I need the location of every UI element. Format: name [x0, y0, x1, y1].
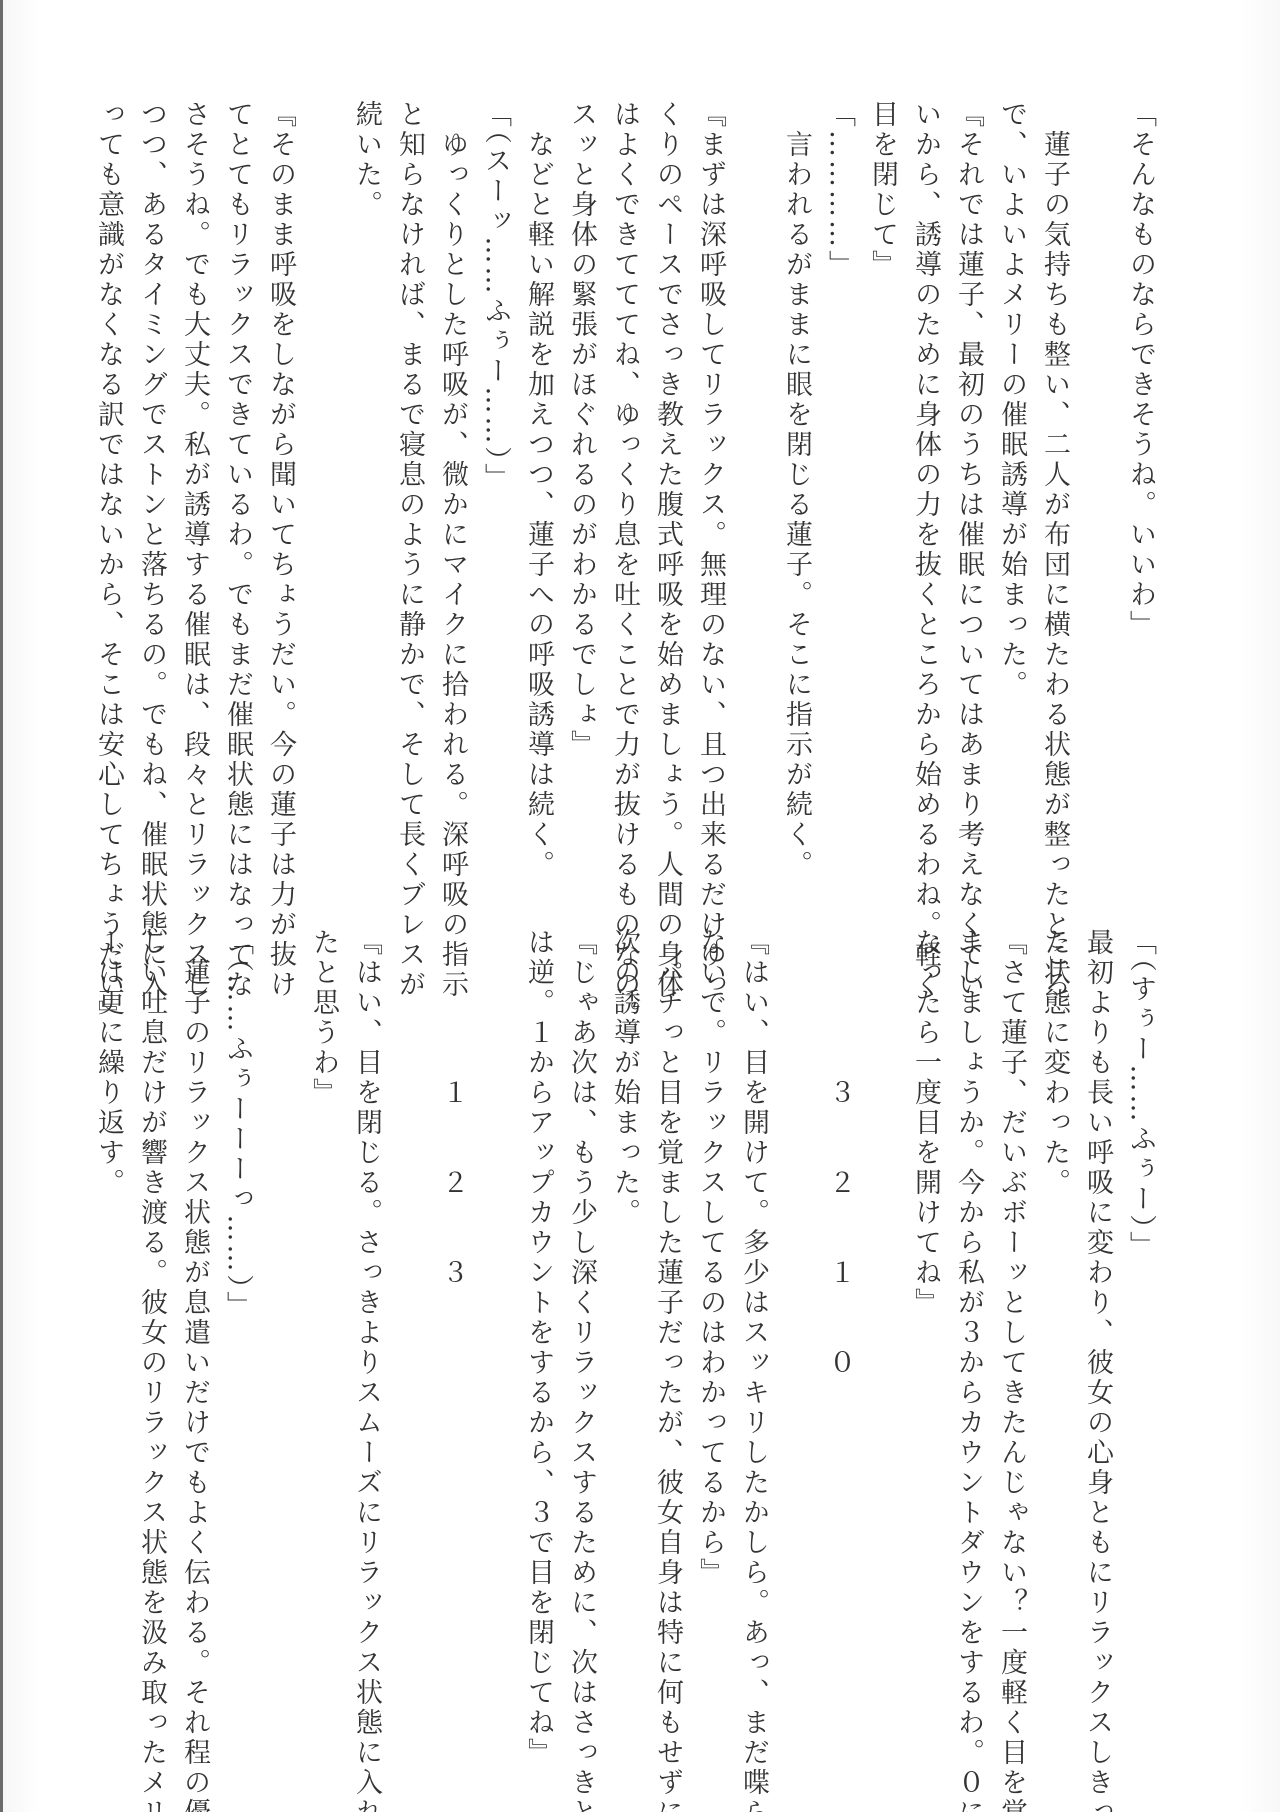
- text-line: 「（……ふぅーーーっ……）」: [216, 928, 259, 1708]
- text-line: 『さて蓮子、だいぶボーッとしてきたんじゃない？一度軽く目を覚: [990, 928, 1033, 1708]
- text-line: 蓮子のリラックス状態が息遣いだけでもよく伝わる。それ程の優: [173, 928, 216, 1708]
- lower-text-block: 「（すぅー……ふぅー）」最初よりも長い呼吸に変わり、彼女の心身ともにリラックスし…: [87, 928, 1162, 1708]
- text-line: 目を閉じて』: [861, 100, 904, 870]
- text-line: 最初よりも長い呼吸に変わり、彼女の心身ともにリラックスしきっ: [1076, 928, 1119, 1708]
- text-line: パチっと目を覚ました蓮子だったが、彼女自身は特に何もせずに: [646, 928, 689, 1708]
- text-line: 蓮子の気持ちも整い、二人が布団に横たわる状態が整ったところ: [1033, 100, 1076, 870]
- text-line: 『じゃあ次は、もう少し深くリラックスするために、次はさっきと: [560, 928, 603, 1708]
- paragraph-gap: [861, 928, 904, 1708]
- text-line: しい吐息だけが響き渡る。彼女のリラックス状態を汲み取ったメリ: [130, 928, 173, 1708]
- text-line: てとてもリラックスできているわ。でもまだ催眠状態にはなってな: [216, 100, 259, 870]
- text-line: 『はい、目を開けて。多少はスッキリしたかしら。あっ、まだ喋ら: [732, 928, 775, 1708]
- text-line: ゆっくりとした呼吸が、微かにマイクに拾われる。深呼吸の指示: [431, 100, 474, 870]
- text-line: くりのペースでさっき教えた腹式呼吸を始めましょう。人間の身体: [646, 100, 689, 870]
- text-line: で、いよいよメリーの催眠誘導が始まった。: [990, 100, 1033, 870]
- text-line: はよくできてててね、ゆっくり息を吐くことで力が抜けるものなの。: [603, 100, 646, 870]
- text-line: 次の誘導が始まった。: [603, 928, 646, 1708]
- text-line: いから、誘導のために身体の力を抜くところから始めるわね。軽く: [904, 100, 947, 870]
- count-line: ３ ２ １ ０: [818, 928, 861, 1708]
- text-line: つつ、あるタイミングでストンと落ちるの。でもね、催眠状態に入: [130, 100, 173, 870]
- paragraph-gap: [775, 928, 818, 1708]
- text-line: ましましょうか。今から私が３からカウントダウンをするわ。０に: [947, 928, 990, 1708]
- text-line: 『まずは深呼吸してリラックス。無理のない、且つ出来るだけゆっ: [689, 100, 732, 870]
- paragraph-gap: [388, 928, 431, 1708]
- text-line: っても意識がなくなる訳ではないから、そこは安心してちょうだい』: [87, 100, 130, 870]
- text-line: は逆。１からアップカウントをするから、３で目を閉じてね』: [517, 928, 560, 1708]
- text-line: 『はい、目を閉じる。さっきよりスムーズにリラックス状態に入れ: [345, 928, 388, 1708]
- text-line: ないで。リラックスしてるのはわかってるから』: [689, 928, 732, 1708]
- paragraph-gap: [259, 928, 302, 1708]
- text-line: 『そのまま呼吸をしながら聞いてちょうだい。今の蓮子は力が抜け: [259, 100, 302, 870]
- paragraph-gap: [732, 100, 775, 870]
- paragraph-gap: [302, 100, 345, 870]
- text-line: などと軽い解説を加えつつ、蓮子への呼吸誘導は続く。: [517, 100, 560, 870]
- paragraph-gap: [1076, 100, 1119, 870]
- paragraph-gap: [474, 928, 517, 1708]
- text-line: 『それでは蓮子、最初のうちは催眠についてはあまり考えなくてい: [947, 100, 990, 870]
- text-line: 言われるがままに眼を閉じる蓮子。そこに指示が続く。: [775, 100, 818, 870]
- text-line: たと思うわ』: [302, 928, 345, 1708]
- text-line: スッと身体の緊張がほぐれるのがわかるでしょ』: [560, 100, 603, 870]
- text-line: と知らなければ、まるで寝息のように静かで、そして長くブレスが: [388, 100, 431, 870]
- text-line: 「（スーッ……ふぅー……）」: [474, 100, 517, 870]
- page-edge-shadow: [0, 0, 3, 1812]
- upper-text-block: 「そんなものならできそうね。いいわ」蓮子の気持ちも整い、二人が布団に横たわる状態…: [87, 100, 1162, 870]
- text-line: た状態に変わった。: [1033, 928, 1076, 1708]
- text-line: ーは更に繰り返す。: [87, 928, 130, 1708]
- text-line: さそうね。でも大丈夫。私が誘導する催眠は、段々とリラックスし: [173, 100, 216, 870]
- text-line: 「そんなものならできそうね。いいわ」: [1119, 100, 1162, 870]
- text-line: なったら一度目を開けてね』: [904, 928, 947, 1708]
- text-line: 続いた。: [345, 100, 388, 870]
- count-line: １ ２ ３: [431, 928, 474, 1708]
- text-line: 「…………」: [818, 100, 861, 870]
- text-line: 「（すぅー……ふぅー）」: [1119, 928, 1162, 1708]
